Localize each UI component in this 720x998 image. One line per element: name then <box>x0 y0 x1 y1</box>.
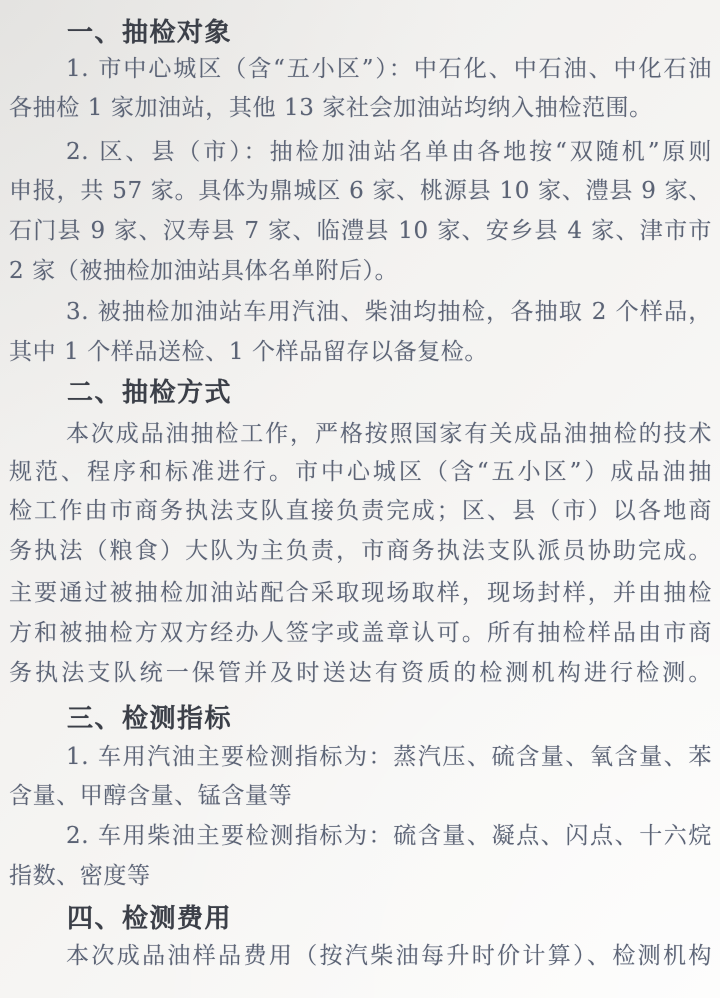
paragraph-line: 务执法（粮食）大队为主负责，市商务执法支队派员协助完成。 <box>9 538 712 565</box>
paragraph-line: 申报，共 57 家。具体为鼎城区 6 家、桃源县 10 家、澧县 9 家、 <box>9 178 712 205</box>
paragraph-line: 本次成品油样品费用（按汽柴油每升时价计算）、检测机构 <box>66 943 712 970</box>
section-heading-1: 一、抽检对象 <box>67 17 232 48</box>
paragraph-line: 检工作由市商务执法支队直接负责完成；区、县（市）以各地商 <box>9 498 712 525</box>
paragraph-line: 规范、程序和标准进行。市中心城区（含“五小区”）成品油抽 <box>9 459 712 486</box>
paragraph-line: 1. 车用汽油主要检测指标为：蒸汽压、硫含量、氧含量、苯 <box>66 744 712 771</box>
paragraph-line: 1. 市中心城区（含“五小区”）：中石化、中石油、中化石油 <box>66 56 712 83</box>
section-heading-2: 二、抽检方式 <box>67 377 232 408</box>
paragraph-line: 各抽检 1 家加油站，其他 13 家社会加油站均纳入抽检范围。 <box>9 95 653 122</box>
paragraph-line: 本次成品油抽检工作，严格按照国家有关成品油抽检的技术 <box>66 421 712 448</box>
paragraph-line: 含量、甲醇含量、锰含量等 <box>9 783 292 810</box>
paragraph-line: 2. 车用柴油主要检测指标为：硫含量、凝点、闪点、十六烷 <box>66 823 712 850</box>
paragraph-line: 2. 区、县（市）：抽检加油站名单由各地按“双随机”原则 <box>66 139 712 166</box>
paragraph-line: 石门县 9 家、汉寿县 7 家、临澧县 10 家、安乡县 4 家、津市市 <box>9 218 712 245</box>
paragraph-line: 务执法支队统一保管并及时送达有资质的检测机构进行检测。 <box>9 660 712 687</box>
paragraph-line: 3. 被抽检加油站车用汽油、柴油均抽检，各抽取 2 个样品， <box>66 299 712 326</box>
paragraph-line: 方和被抽检方双方经办人签字或盖章认可。所有抽检样品由市商 <box>9 620 712 647</box>
paragraph-line: 2 家（被抽检加油站具体名单附后）。 <box>9 258 398 285</box>
paragraph-line: 其中 1 个样品送检、1 个样品留存以备复检。 <box>9 339 488 366</box>
paragraph-line: 指数、密度等 <box>9 863 151 890</box>
document-page: 一、抽检对象 1. 市中心城区（含“五小区”）：中石化、中石油、中化石油 各抽检… <box>0 0 720 998</box>
section-heading-3: 三、检测指标 <box>67 703 232 734</box>
section-heading-4: 四、检测费用 <box>67 903 232 934</box>
paragraph-line: 主要通过被抽检加油站配合采取现场取样，现场封样，并由抽检 <box>9 580 712 607</box>
